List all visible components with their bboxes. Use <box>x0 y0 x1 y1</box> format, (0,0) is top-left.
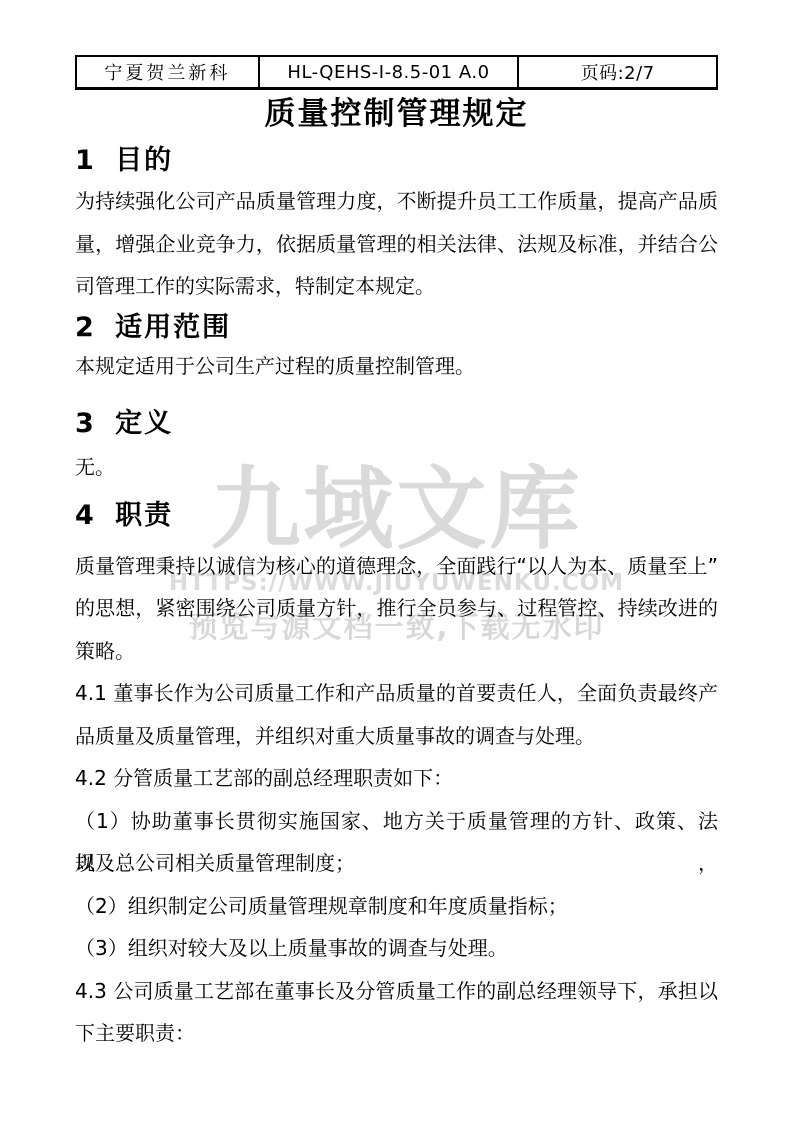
section-heading-definitions: 3 定义 <box>75 407 718 441</box>
document-title: 质量控制管理规定 <box>75 95 718 133</box>
paragraph-scope: 本规定适用于公司生产过程的质量控制管理。 <box>75 345 718 388</box>
body-line: 质量管理秉持以诚信为核心的道德理念，全面践行“以人为本、质量至上” <box>75 545 718 588</box>
header-doc-number: HL-QEHS-I-8.5-01 A.0 <box>259 56 519 89</box>
body-line: 策略。 <box>75 630 718 673</box>
body-line: 的思想，紧密围绕公司质量方针，推行全员参与、过程管控、持续改进的 <box>75 587 718 630</box>
section-heading-purpose: 1 目的 <box>75 144 718 178</box>
body-line: （1）协助董事长贯彻实施国家、地方关于质量管理的方针、政策、法规， <box>75 800 718 843</box>
header-company: 宁夏贺兰新科 <box>76 56 259 89</box>
section-heading-scope: 2 适用范围 <box>75 311 718 345</box>
document-content: 宁夏贺兰新科 HL-QEHS-I-8.5-01 A.0 页码:2/7 质量控制管… <box>75 55 718 1055</box>
body-line: 下主要职责： <box>75 1012 718 1055</box>
body-line: 品质量及质量管理，并组织对重大质量事故的调查与处理。 <box>75 715 718 758</box>
body-line: 4.3 公司质量工艺部在董事长及分管质量工作的副总经理领导下，承担以 <box>75 970 718 1013</box>
paragraph-purpose: 为持续强化公司产品质量管理力度，不断提升员工工作质量，提高产品质 量，增强企业竞… <box>75 180 718 308</box>
body-line: 4.1 董事长作为公司质量工作和产品质量的首要责任人，全面负责最终产 <box>75 672 718 715</box>
body-line: （2）组织制定公司质量管理规章制度和年度质量指标； <box>75 885 718 928</box>
paragraph-subitem-1: （1）协助董事长贯彻实施国家、地方关于质量管理的方针、政策、法规， 以及总公司相… <box>75 800 718 885</box>
body-line: 无。 <box>75 446 718 489</box>
header-page-number: 页码:2/7 <box>518 56 717 89</box>
body-line: 量，增强企业竞争力，依据质量管理的相关法律、法规及标准，并结合公 <box>75 223 718 266</box>
section-heading-responsibilities: 4 职责 <box>75 499 718 533</box>
body-line: 本规定适用于公司生产过程的质量控制管理。 <box>75 345 718 388</box>
paragraph-definitions: 无。 <box>75 446 718 489</box>
paragraph-subitem-2: （2）组织制定公司质量管理规章制度和年度质量指标； <box>75 885 718 928</box>
body-line: （3）组织对较大及以上质量事故的调查与处理。 <box>75 927 718 970</box>
body-line: 司管理工作的实际需求，特制定本规定。 <box>75 265 718 308</box>
paragraph-responsibilities-intro: 质量管理秉持以诚信为核心的道德理念，全面践行“以人为本、质量至上” 的思想，紧密… <box>75 545 718 673</box>
document-header-table: 宁夏贺兰新科 HL-QEHS-I-8.5-01 A.0 页码:2/7 <box>75 55 718 90</box>
document-page: 九域文库 HTTPS://WWW.JIUYUWENKU.COM 预览与源文档一致… <box>0 0 793 1122</box>
body-line: 为持续强化公司产品质量管理力度，不断提升员工工作质量，提高产品质 <box>75 180 718 223</box>
header-row: 宁夏贺兰新科 HL-QEHS-I-8.5-01 A.0 页码:2/7 <box>76 56 717 89</box>
body-line: 4.2 分管质量工艺部的副总经理职责如下： <box>75 757 718 800</box>
paragraph-subitem-3: （3）组织对较大及以上质量事故的调查与处理。 <box>75 927 718 970</box>
paragraph-item-4-1: 4.1 董事长作为公司质量工作和产品质量的首要责任人，全面负责最终产 品质量及质… <box>75 672 718 757</box>
paragraph-item-4-2: 4.2 分管质量工艺部的副总经理职责如下： <box>75 757 718 800</box>
paragraph-item-4-3: 4.3 公司质量工艺部在董事长及分管质量工作的副总经理领导下，承担以 下主要职责… <box>75 970 718 1055</box>
